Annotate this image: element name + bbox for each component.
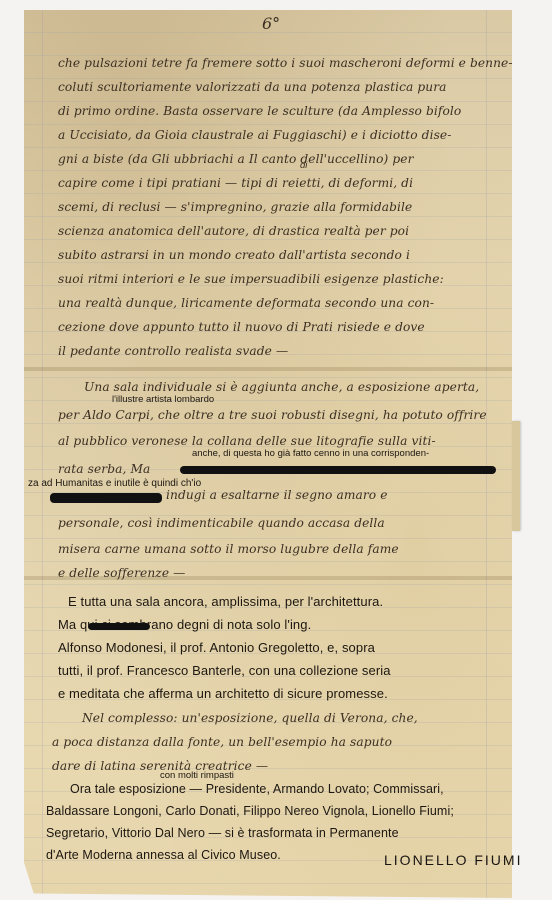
- superscript-insertion: di: [300, 160, 307, 171]
- redaction-strike: [88, 623, 150, 630]
- text-line: che pulsazioni tetre fa fremere sotto i …: [58, 56, 513, 70]
- text-line: capire come i tipi pratiani — tipi di re…: [58, 176, 413, 190]
- text-line: Una sala individuale si è aggiunta anche…: [84, 380, 479, 394]
- text-line: indugi a esaltarne il segno amaro e: [166, 488, 388, 502]
- paper-fold: [24, 367, 512, 371]
- text-line: cezione dove appunto tutto il nuovo di P…: [58, 320, 425, 334]
- text-line: Nel complesso: un'esposizione, quella di…: [82, 711, 418, 725]
- text-line: Ora tale esposizione — Presidente, Arman…: [70, 782, 444, 796]
- text-line: misera carne umana sotto il morso lugubr…: [58, 542, 399, 556]
- text-line: scemi, di reclusi — s'impregnino, grazie…: [58, 200, 412, 214]
- text-line: e meditata che afferma un architetto di …: [58, 686, 388, 701]
- text-line: Alfonso Modonesi, il prof. Antonio Grego…: [58, 640, 375, 655]
- text-line: una realtà dunque, liricamente deformata…: [58, 296, 434, 310]
- text-line: tutti, il prof. Francesco Banterle, con …: [58, 663, 391, 678]
- text-line: d'Arte Moderna annessa al Civico Museo.: [46, 848, 281, 862]
- handwritten-insertion: con molti rimpasti: [160, 770, 234, 781]
- text-line: a Uccisiato, da Gioia claustrale ai Fugg…: [58, 128, 451, 142]
- redaction-strike: [180, 466, 496, 474]
- text-line: il pedante controllo realista svade —: [58, 344, 288, 358]
- text-line: E tutta una sala ancora, amplissima, per…: [68, 594, 383, 609]
- margin-line: [486, 10, 487, 898]
- text-line: per Aldo Carpi, che oltre a tre suoi rob…: [58, 408, 487, 422]
- text-line: Baldassare Longoni, Carlo Donati, Filipp…: [46, 804, 454, 818]
- text-line: scienza anatomica dell'autore, di drasti…: [58, 224, 409, 238]
- text-line: Segretario, Vittorio Dal Nero — si è tra…: [46, 826, 399, 840]
- text-line: subito astrarsi in un mondo creato dall'…: [58, 248, 410, 262]
- text-line: a poca distanza dalla fonte, un bell'ese…: [52, 735, 392, 749]
- text-line: suoi ritmi interiori e le sue impersuadi…: [58, 272, 444, 286]
- handwritten-insertion: anche, di questa ho già fatto cenno in u…: [192, 448, 429, 459]
- text-line: al pubblico veronese la collana delle su…: [58, 434, 436, 448]
- text-line: rata serba, Ma: [58, 462, 150, 476]
- text-line: di primo ordine. Basta osservare le scul…: [58, 104, 461, 118]
- pasted-paper-strip: [512, 421, 520, 531]
- author-signature: LIONELLO FIUMI: [384, 852, 522, 868]
- handwritten-insertion: l'illustre artista lombardo: [112, 394, 214, 405]
- text-line: e delle sofferenze —: [58, 566, 185, 580]
- text-line: gni a biste (da Gli ubbriachi a Il canto…: [58, 152, 414, 166]
- text-line: coluti scultoriamente valorizzati da una…: [58, 80, 447, 94]
- redaction-strike: [50, 493, 162, 503]
- page-number: 6°: [262, 14, 280, 33]
- text-line: personale, così indimenticabile quando a…: [58, 516, 385, 530]
- margin-line: [42, 10, 43, 898]
